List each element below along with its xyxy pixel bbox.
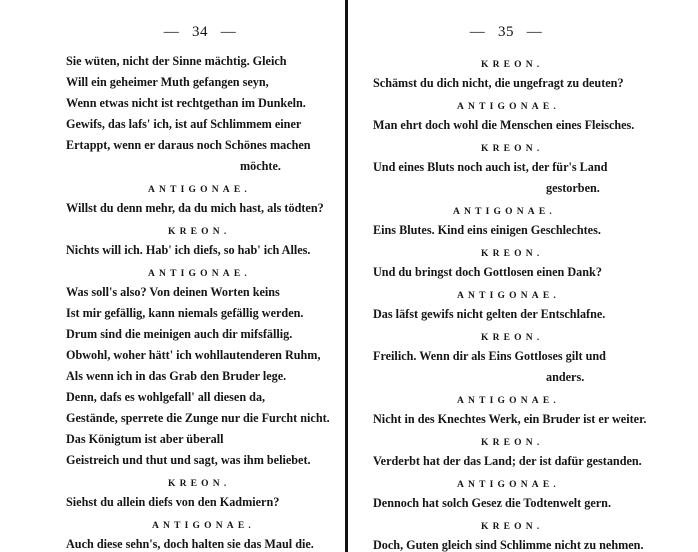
verse-line: Doch, Guten gleich sind Schlimme nicht z… bbox=[373, 538, 644, 552]
right-page: — 35 — KREON.Schämst du dich nicht, die … bbox=[348, 0, 698, 552]
verse-line: Sie wüten, nicht der Sinne mächtig. Glei… bbox=[66, 54, 287, 68]
verse-line: Und du bringst doch Gottlosen einen Dank… bbox=[373, 265, 602, 279]
speaker-name: KREON. bbox=[168, 477, 230, 491]
speaker-name: KREON. bbox=[481, 247, 543, 261]
verse-line: Dennoch hat solch Gesez die Todtenwelt g… bbox=[373, 496, 611, 510]
verse-line: Das läfst gewifs nicht gelten der Entsch… bbox=[373, 307, 605, 321]
verse-line: Auch diese sehn's, doch halten sie das M… bbox=[66, 537, 314, 551]
verse-line: Was soll's also? Von deinen Worten keins bbox=[66, 285, 280, 299]
left-page: — 34 — Sie wüten, nicht der Sinne mächti… bbox=[0, 0, 345, 552]
speaker-name: ANTIGONAE. bbox=[453, 205, 556, 219]
verse-continuation: möchte. bbox=[240, 159, 281, 173]
verse-line: Und eines Bluts noch auch ist, der für's… bbox=[373, 160, 607, 174]
speaker-name: KREON. bbox=[481, 436, 543, 450]
speaker-name: ANTIGONAE. bbox=[457, 478, 560, 492]
verse-line: Nicht in des Knechtes Werk, ein Bruder i… bbox=[373, 412, 646, 426]
verse-line: Man ehrt doch wohl die Menschen eines Fl… bbox=[373, 118, 634, 132]
speaker-name: KREON. bbox=[481, 58, 543, 72]
verse-line: Nichts will ich. Hab' ich diefs, so hab'… bbox=[66, 243, 310, 257]
verse-continuation: anders. bbox=[546, 370, 584, 384]
speaker-name: KREON. bbox=[481, 520, 543, 534]
verse-line: Willst du denn mehr, da du mich hast, al… bbox=[66, 201, 324, 215]
verse-line: Eins Blutes. Kind eins einigen Geschlech… bbox=[373, 223, 601, 237]
page-number: — 34 — bbox=[140, 24, 260, 41]
verse-line: Freilich. Wenn dir als Eins Gottloses gi… bbox=[373, 349, 606, 363]
speaker-name: ANTIGONAE. bbox=[457, 289, 560, 303]
verse-line: Gewifs, das lafs' ich, ist auf Schlimmem… bbox=[66, 117, 301, 131]
verse-line: Wenn etwas nicht ist rechtgethan im Dunk… bbox=[66, 96, 306, 110]
verse-line: Will ein geheimer Muth gefangen seyn, bbox=[66, 75, 269, 89]
verse-line: Denn, dafs es wohlgefall' all diesen da, bbox=[66, 390, 265, 404]
verse-line: Gestände, sperrete die Zunge nur die Fur… bbox=[66, 411, 330, 425]
speaker-name: ANTIGONAE. bbox=[457, 394, 560, 408]
verse-line: Schämst du dich nicht, die ungefragt zu … bbox=[373, 76, 624, 90]
verse-line: Verderbt hat der das Land; der ist dafür… bbox=[373, 454, 642, 468]
verse-line: Geistreich und thut und sagt, was ihm be… bbox=[66, 453, 311, 467]
verse-line: Als wenn ich in das Grab den Bruder lege… bbox=[66, 369, 286, 383]
page-number: — 35 — bbox=[446, 24, 566, 41]
verse-line: Siehst du allein diefs von den Kadmiern? bbox=[66, 495, 279, 509]
speaker-name: KREON. bbox=[481, 142, 543, 156]
verse-continuation: gestorben. bbox=[546, 181, 600, 195]
speaker-name: ANTIGONAE. bbox=[148, 267, 251, 281]
speaker-name: KREON. bbox=[481, 331, 543, 345]
verse-line: Ertappt, wenn er daraus noch Schönes mac… bbox=[66, 138, 311, 152]
speaker-name: ANTIGONAE. bbox=[148, 183, 251, 197]
verse-line: Drum sind die meinigen auch dir mifsfäll… bbox=[66, 327, 292, 341]
verse-line: Ist mir gefällig, kann niemals gefällig … bbox=[66, 306, 303, 320]
speaker-name: KREON. bbox=[168, 225, 230, 239]
verse-line: Das Königtum ist aber überall bbox=[66, 432, 224, 446]
speaker-name: ANTIGONAE. bbox=[457, 100, 560, 114]
speaker-name: ANTIGONAE. bbox=[152, 519, 255, 533]
verse-line: Obwohl, woher hätt' ich wohllautenderen … bbox=[66, 348, 321, 362]
